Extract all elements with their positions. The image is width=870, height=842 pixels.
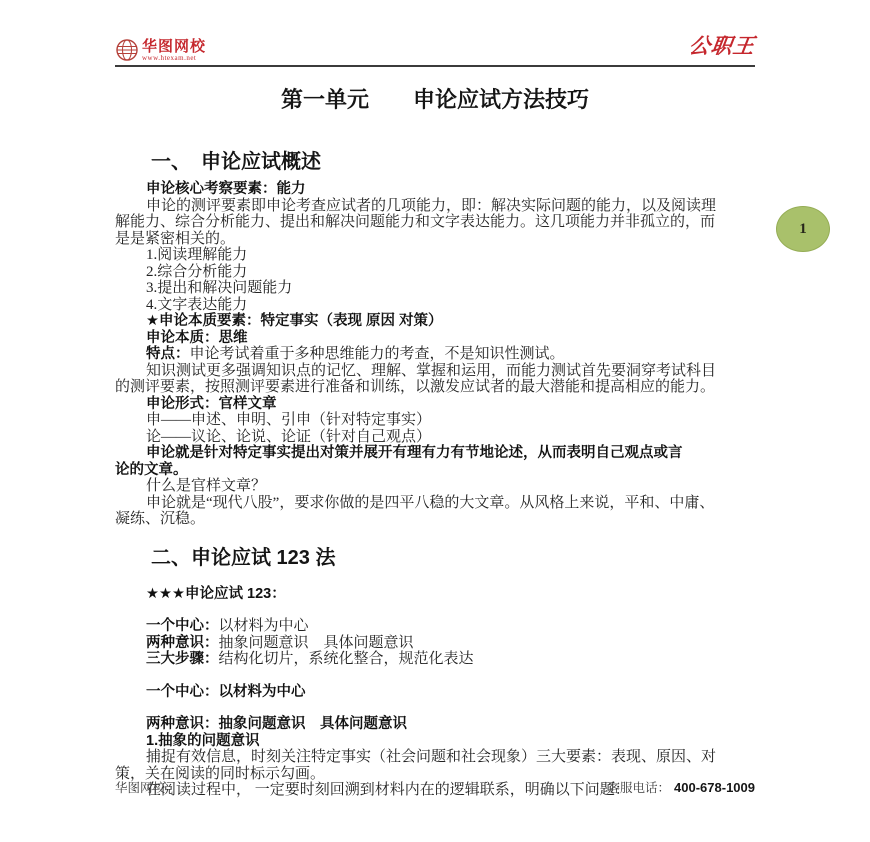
logo: 华图网校 www.htexam.net — [115, 38, 206, 62]
footer-contact: 客服电话： 400-678-1009 — [608, 778, 755, 796]
header: 华图网校 www.htexam.net 公职王 — [115, 0, 755, 62]
text-line: 的测评要素，按照测评要素进行准备和训练，以激发应试者的最大潜能和提高相应的能力。 — [115, 379, 755, 396]
body-text: 以材料为中心 — [219, 618, 309, 634]
body-text: 论——议论、论说、论证（针对自己观点） — [146, 429, 431, 445]
text-line: 申论就是针对特定事实提出对策并展开有理有力有节地论述，从而表明自己观点或言 — [115, 445, 755, 462]
logo-title: 华图网校 — [142, 39, 206, 54]
document-page: 华图网校 www.htexam.net 公职王 第一单元 申论应试方法技巧 一、… — [0, 0, 870, 842]
text-line: 申论本质：思维 — [115, 330, 755, 347]
emphasis-text: 申论核心考察要素：能力 — [146, 181, 306, 197]
page-number-badge: 1 — [776, 206, 830, 252]
header-divider — [115, 65, 755, 67]
body-text: 结构化切片，系统化整合，规范化表达 — [219, 651, 474, 667]
text-line: 特点：申论考试着重于多种思维能力的考查，不是知识性测试。 — [115, 346, 755, 363]
page-title: 第一单元 申论应试方法技巧 — [115, 83, 755, 114]
footer-site-name: 华图网校 — [115, 778, 165, 796]
page-number: 1 — [799, 221, 807, 238]
text-line: 1.阅读理解能力 — [115, 247, 755, 264]
text-line: 一个中心：以材料为中心 — [115, 684, 755, 701]
body-text: 凝练、沉稳。 — [115, 511, 205, 527]
body-text: 2.综合分析能力 — [146, 264, 247, 280]
body-text: 知识测试更多强调知识点的记忆、理解、掌握和运用，而能力测试首先要洞穿考试科目 — [146, 363, 716, 379]
text-line: 两种意识：抽象问题意识 具体问题意识 — [115, 635, 755, 652]
text-line: 是是紧密相关的。 — [115, 231, 755, 248]
text-line: 两种意识：抽象问题意识 具体问题意识 — [115, 716, 755, 733]
text-line: 论的文章。 — [115, 462, 755, 479]
footer-phone-number: 400-678-1009 — [674, 780, 755, 795]
text-line: 一个中心：以材料为中心 — [115, 618, 755, 635]
emphasis-text: ★申论本质要素：特定事实（表现 原因 对策） — [146, 313, 443, 329]
emphasis-text: 三大步骤： — [146, 651, 219, 667]
text-line: 凝练、沉稳。 — [115, 511, 755, 528]
emphasis-text: 申论就是针对特定事实提出对策并展开有理有力有节地论述，从而表明自己观点或言 — [146, 445, 683, 461]
text-line: 知识测试更多强调知识点的记忆、理解、掌握和运用，而能力测试首先要洞穿考试科目 — [115, 363, 755, 380]
body-text: 申论考试着重于多种思维能力的考查，不是知识性测试。 — [190, 346, 565, 362]
body-text: 什么是官样文章？ — [146, 478, 266, 494]
section: 二、申论应试 123 法★★★申论应试 123：一个中心：以材料为中心两种意识：… — [115, 541, 755, 799]
text-line: ★★★申论应试 123： — [115, 586, 755, 603]
body-text: 申论就是“现代八股”，要求你做的是四平八稳的大文章。从风格上来说，平和、中庸、 — [146, 495, 714, 511]
logo-subtext: www.htexam.net — [142, 55, 206, 62]
text-line: 4.文字表达能力 — [115, 297, 755, 314]
body-text: 申论的测评要素即申论考查应试者的几项能力，即：解决实际问题的能力，以及阅读理 — [146, 198, 716, 214]
logo-text-stack: 华图网校 www.htexam.net — [142, 39, 206, 62]
body-text: 抽象问题意识 具体问题意识 — [219, 635, 414, 651]
body-text: 1.阅读理解能力 — [146, 247, 247, 263]
emphasis-text: ★★★申论应试 123： — [146, 586, 286, 602]
emphasis-text: 特点： — [146, 346, 190, 362]
globe-emblem-icon — [115, 38, 139, 62]
footer: 华图网校 客服电话： 400-678-1009 — [115, 778, 755, 796]
body-text: 捕捉有效信息，时刻关注特定事实（社会问题和社会现象）三大要素：表现、原因、对 — [146, 749, 716, 765]
text-line: 什么是官样文章？ — [115, 478, 755, 495]
text-line: 申论核心考察要素：能力 — [115, 181, 755, 198]
document-body: 一、 申论应试概述申论核心考察要素：能力申论的测评要素即申论考查应试者的几项能力… — [115, 145, 755, 799]
section: 一、 申论应试概述申论核心考察要素：能力申论的测评要素即申论考查应试者的几项能力… — [115, 145, 755, 528]
text-line: 申论就是“现代八股”，要求你做的是四平八稳的大文章。从风格上来说，平和、中庸、 — [115, 495, 755, 512]
emphasis-text: 1.抽象的问题意识 — [146, 733, 260, 749]
section-heading: 一、 申论应试概述 — [151, 145, 755, 174]
emphasis-text: 申论本质：思维 — [146, 330, 248, 346]
emphasis-text: 申论形式：官样文章 — [146, 396, 277, 412]
body-text: 3.提出和解决问题能力 — [146, 280, 292, 296]
text-line: ★申论本质要素：特定事实（表现 原因 对策） — [115, 313, 755, 330]
emphasis-text: 两种意识： — [146, 635, 219, 651]
body-text: 解能力、综合分析能力、提出和解决问题能力和文字表达能力。这几项能力并非孤立的，而 — [115, 214, 715, 230]
body-text: 是是紧密相关的。 — [115, 231, 235, 247]
emphasis-text: 论的文章。 — [115, 462, 188, 478]
emphasis-text: 一个中心：以材料为中心 — [146, 684, 306, 700]
brand-wordmark: 公职王 — [687, 30, 757, 62]
text-line: 解能力、综合分析能力、提出和解决问题能力和文字表达能力。这几项能力并非孤立的，而 — [115, 214, 755, 231]
section-heading: 二、申论应试 123 法 — [151, 541, 755, 570]
text-line: 申论的测评要素即申论考查应试者的几项能力，即：解决实际问题的能力，以及阅读理 — [115, 198, 755, 215]
text-line: 捕捉有效信息，时刻关注特定事实（社会问题和社会现象）三大要素：表现、原因、对 — [115, 749, 755, 766]
text-line: 3.提出和解决问题能力 — [115, 280, 755, 297]
text-line: 申——申述、申明、引申（针对特定事实） — [115, 412, 755, 429]
body-text: 的测评要素，按照测评要素进行准备和训练，以激发应试者的最大潜能和提高相应的能力。 — [115, 379, 715, 395]
emphasis-text: 两种意识：抽象问题意识 具体问题意识 — [146, 716, 407, 732]
footer-phone-label: 客服电话： — [608, 778, 671, 796]
text-line: 1.抽象的问题意识 — [115, 733, 755, 750]
body-text: 申——申述、申明、引申（针对特定事实） — [146, 412, 431, 428]
text-line: 2.综合分析能力 — [115, 264, 755, 281]
body-text: 4.文字表达能力 — [146, 297, 247, 313]
text-line: 论——议论、论说、论证（针对自己观点） — [115, 429, 755, 446]
text-line: 申论形式：官样文章 — [115, 396, 755, 413]
text-line: 三大步骤：结构化切片，系统化整合，规范化表达 — [115, 651, 755, 668]
emphasis-text: 一个中心： — [146, 618, 219, 634]
